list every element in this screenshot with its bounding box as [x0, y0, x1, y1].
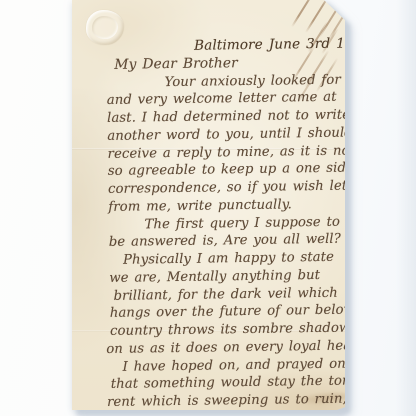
scan-background: Baltimore June 3rd 1861 My Dear Brother …: [0, 0, 416, 416]
letter-line: correspondence, so if you wish letters: [104, 178, 346, 199]
letter-line: rent which is sweeping us to ruin,: [107, 391, 349, 412]
letter-sheet-wrapper: Baltimore June 3rd 1861 My Dear Brother …: [0, 0, 416, 416]
letter-text: Baltimore June 3rd 1861 My Dear Brother …: [102, 36, 349, 412]
scratch-stroke: [305, 0, 331, 33]
letter-dateline: Baltimore June 3rd 1861: [102, 36, 344, 57]
letter-paper: Baltimore June 3rd 1861 My Dear Brother …: [72, 0, 345, 410]
